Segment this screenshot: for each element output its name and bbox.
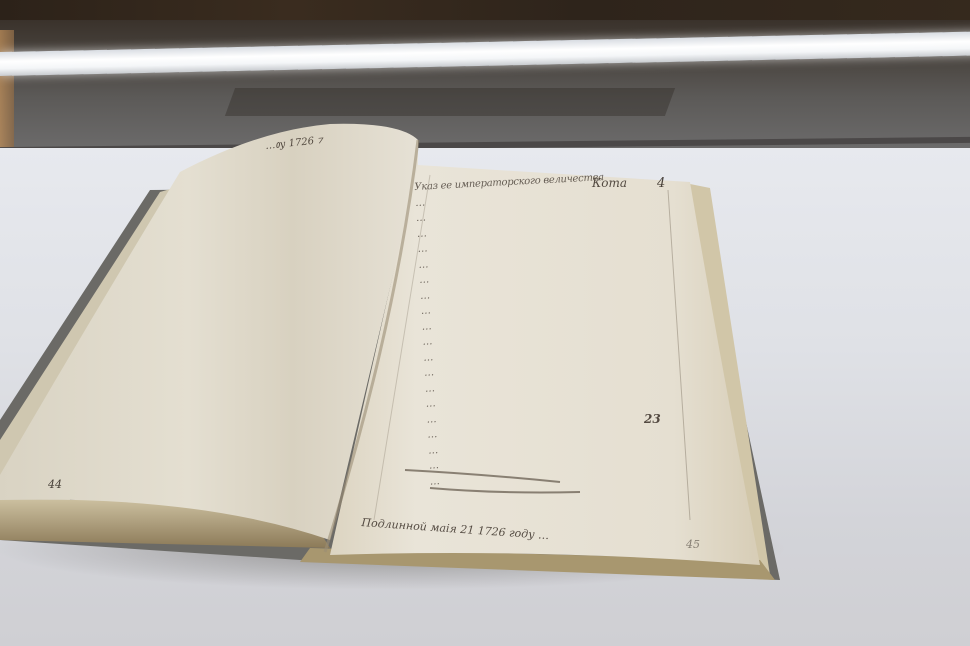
total-mark: 23	[644, 412, 661, 426]
museum-display-scene: …ᲂу 1726 ⁊ 44 Кота 4 Указ ее императорск…	[0, 0, 970, 646]
manuscript-text-block: Указ ее императорского величества … … … …	[414, 166, 690, 499]
left-folio-number: 44	[48, 478, 62, 491]
right-folio-number: 45	[686, 538, 700, 551]
